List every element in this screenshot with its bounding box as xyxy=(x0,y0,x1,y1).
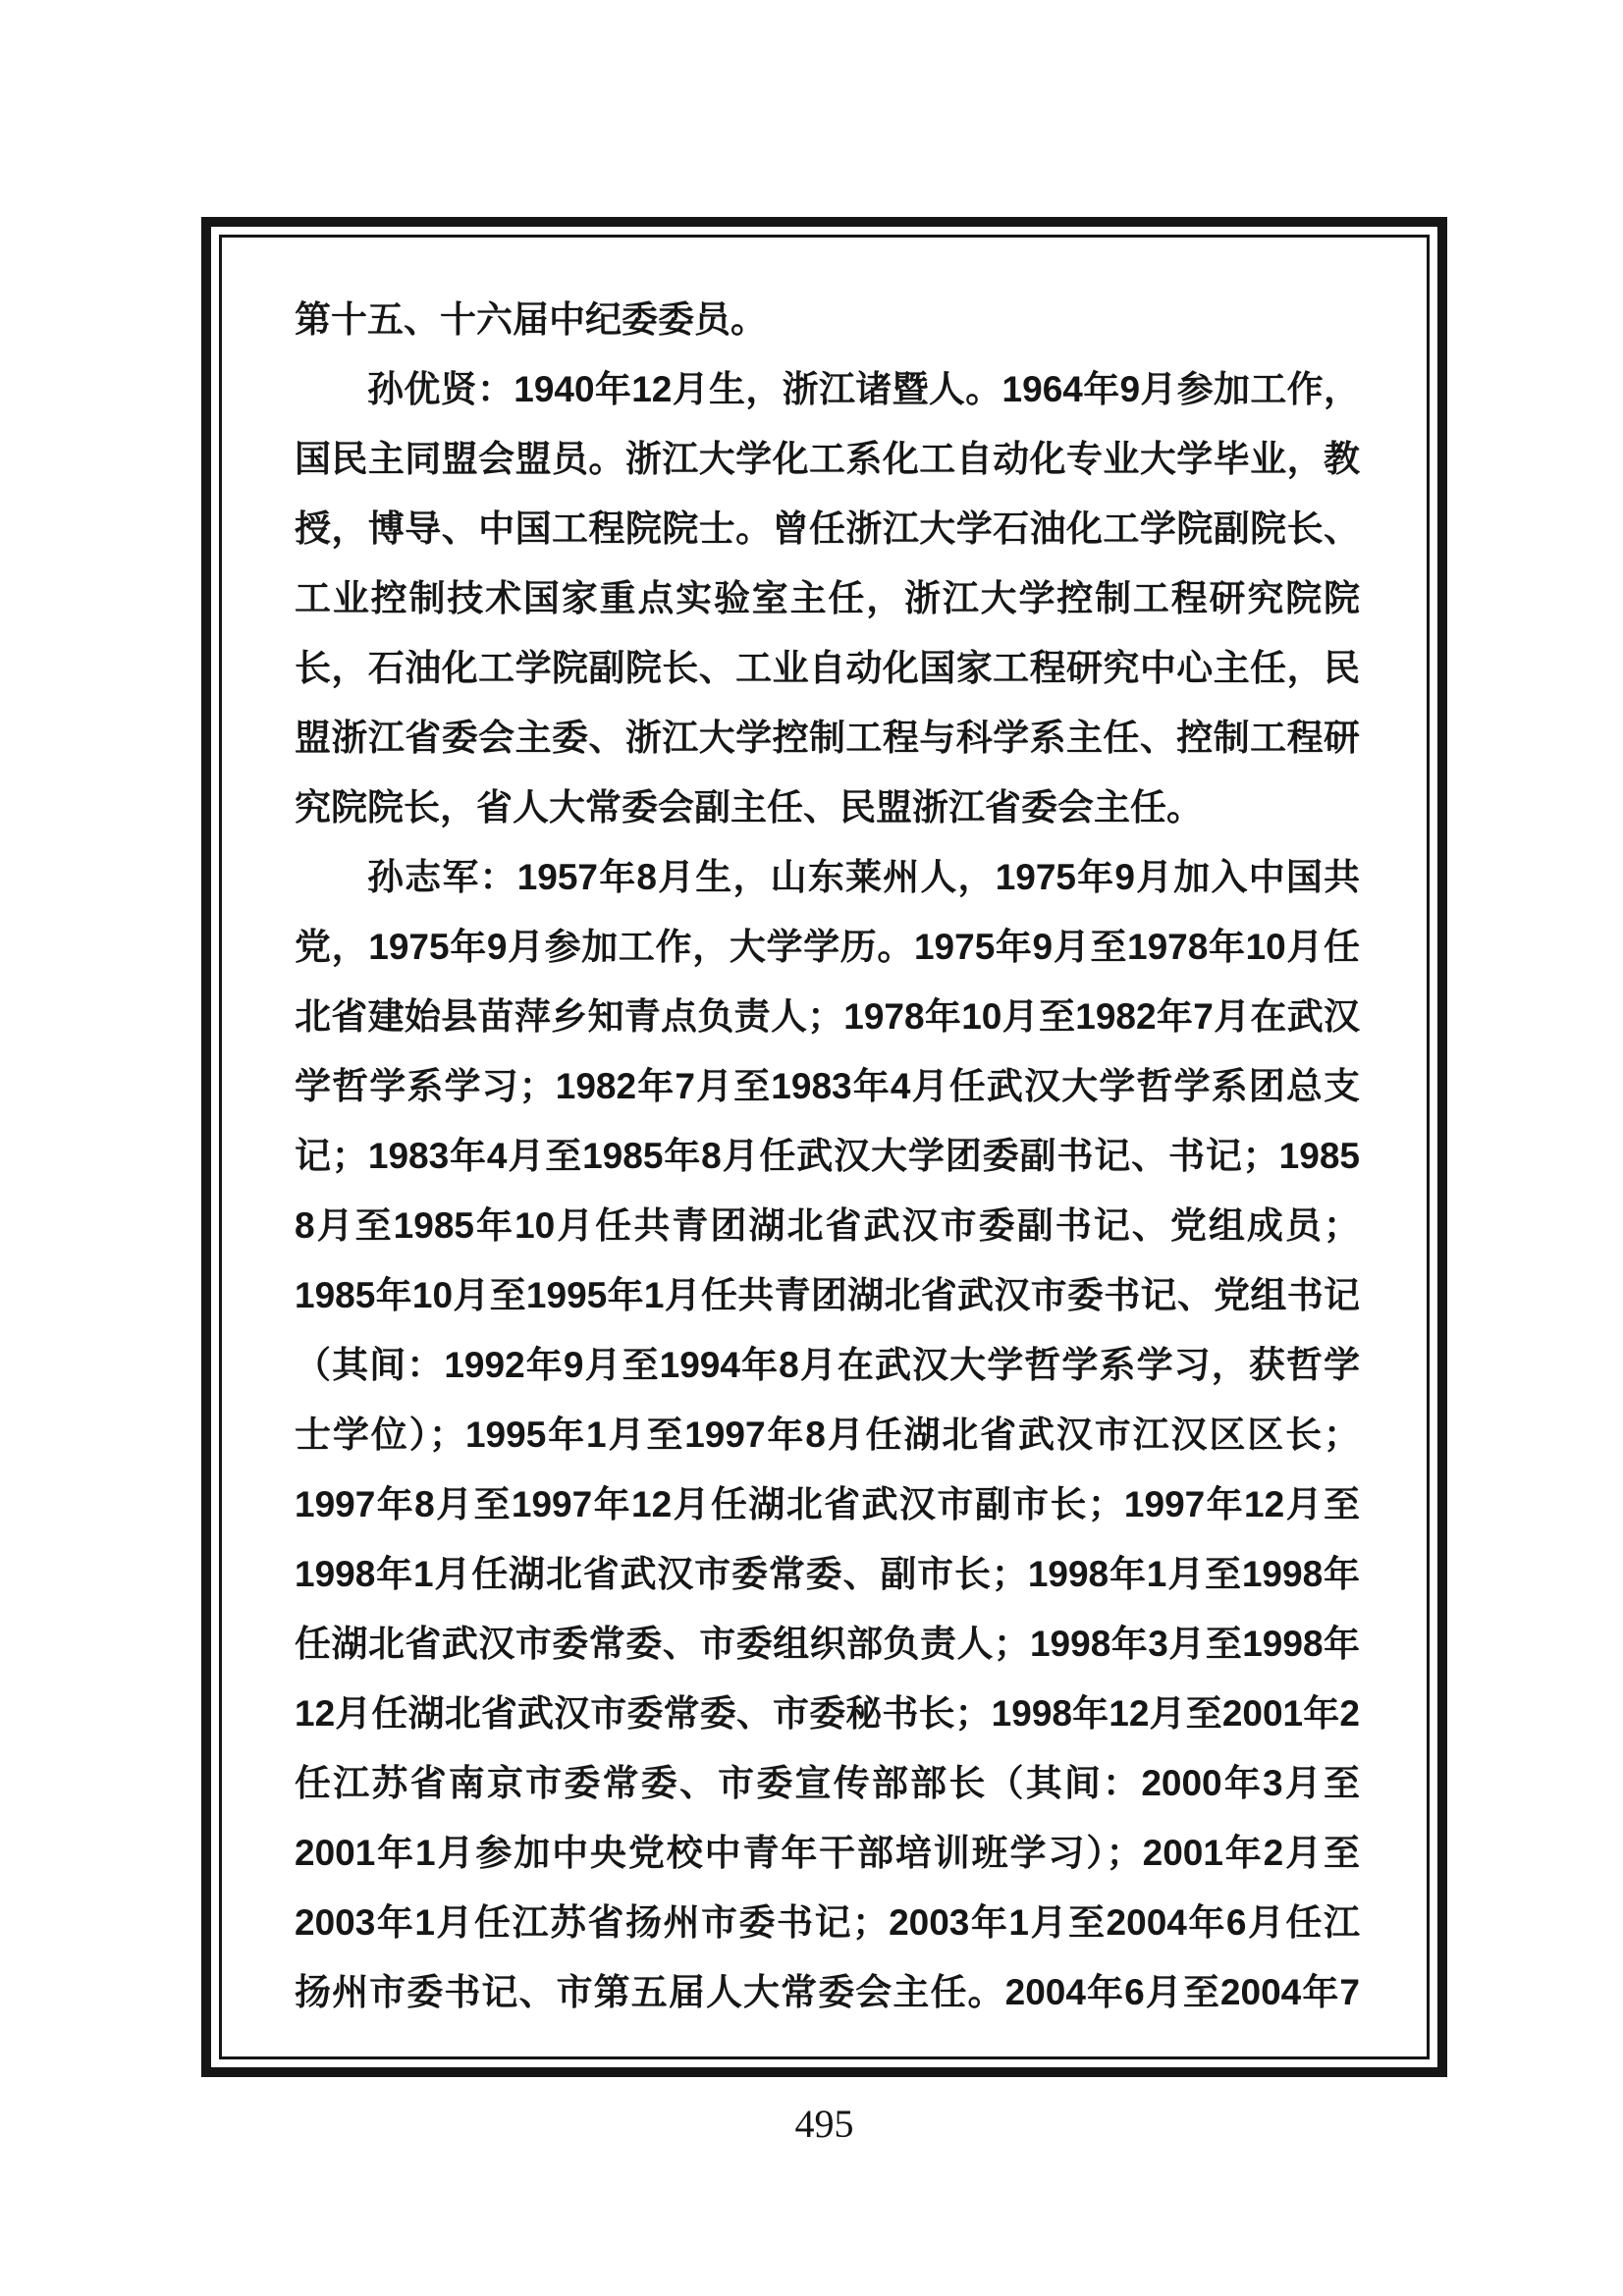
page-border-outer: 第十五、十六届中纪委委员。孙优贤：1940年12月生，浙江诸暨人。1964年9月… xyxy=(201,217,1447,2077)
text-line: 第十五、十六届中纪委委员。 xyxy=(295,285,1360,354)
text-line: 2001年1月参加中央党校中青年干部培训班学习）；2001年2月至 xyxy=(295,1818,1360,1888)
text-line: 国民主同盟会盟员。浙江大学化工系化工自动化专业大学毕业，教 xyxy=(295,424,1360,494)
text-line: 授，博导、中国工程院院士。曾任浙江大学石油化工学院副院长、 xyxy=(295,494,1360,563)
text-line: 学哲学系学习；1982年7月至1983年4月任武汉大学哲学系团总支书 xyxy=(295,1051,1360,1121)
text-line: 12月任湖北省武汉市委常委、市委秘书长；1998年12月至2001年2月 xyxy=(295,1679,1360,1748)
text-line: 究院院长，省人大常委会副主任、民盟浙江省委会主任。 xyxy=(295,773,1360,842)
body-text: 第十五、十六届中纪委委员。孙优贤：1940年12月生，浙江诸暨人。1964年9月… xyxy=(295,285,1360,2027)
text-line: 北省建始县苗萍乡知青点负责人；1978年10月至1982年7月在武汉大 xyxy=(295,982,1360,1051)
text-line: 工业控制技术国家重点实验室主任，浙江大学控制工程研究院院 xyxy=(295,563,1360,633)
text-line: 记；1983年4月至1985年8月任武汉大学团委副书记、书记；1985年 xyxy=(295,1121,1360,1191)
text-line: 1998年1月任湖北省武汉市委常委、副市长；1998年1月至1998年3月 xyxy=(295,1539,1360,1609)
scanned-book-page: { "page": { "number": "495", "paper_colo… xyxy=(0,0,1623,2296)
text-line: （其间：1992年9月至1994年8月在武汉大学哲学系学习，获哲学硕 xyxy=(295,1330,1360,1400)
text-line: 盟浙江省委会主委、浙江大学控制工程与科学系主任、控制工程研 xyxy=(295,703,1360,773)
text-line: 长，石油化工学院副院长、工业自动化国家工程研究中心主任，民 xyxy=(295,633,1360,703)
page-border-inner: 第十五、十六届中纪委委员。孙优贤：1940年12月生，浙江诸暨人。1964年9月… xyxy=(219,235,1430,2059)
text-line: 士学位）；1995年1月至1997年8月任湖北省武汉市江汉区区长； xyxy=(295,1400,1360,1469)
text-line: 任湖北省武汉市委常委、市委组织部负责人；1998年3月至1998年 xyxy=(295,1609,1360,1679)
text-line: 1985年10月至1995年1月任共青团湖北省武汉市委书记、党组书记 xyxy=(295,1260,1360,1330)
text-line: 任江苏省南京市委常委、市委宣传部部长（其间：2000年3月至 xyxy=(295,1748,1360,1818)
text-line: 孙优贤：1940年12月生，浙江诸暨人。1964年9月参加工作，中 xyxy=(295,354,1360,424)
text-line: 2003年1月任江苏省扬州市委书记；2003年1月至2004年6月任江苏省 xyxy=(295,1888,1360,1957)
text-line: 扬州市委书记、市第五届人大常委会主任。2004年6月至2004年7月 xyxy=(295,1957,1360,2027)
text-line: 孙志军：1957年8月生，山东莱州人，1975年9月加入中国共产 xyxy=(295,842,1360,912)
page-number: 495 xyxy=(201,2101,1447,2147)
text-line: 党，1975年9月参加工作，大学学历。1975年9月至1978年10月任湖 xyxy=(295,912,1360,982)
text-line: 1997年8月至1997年12月任湖北省武汉市副市长；1997年12月至 xyxy=(295,1469,1360,1539)
text-line: 8月至1985年10月任共青团湖北省武汉市委副书记、党组成员； xyxy=(295,1191,1360,1260)
